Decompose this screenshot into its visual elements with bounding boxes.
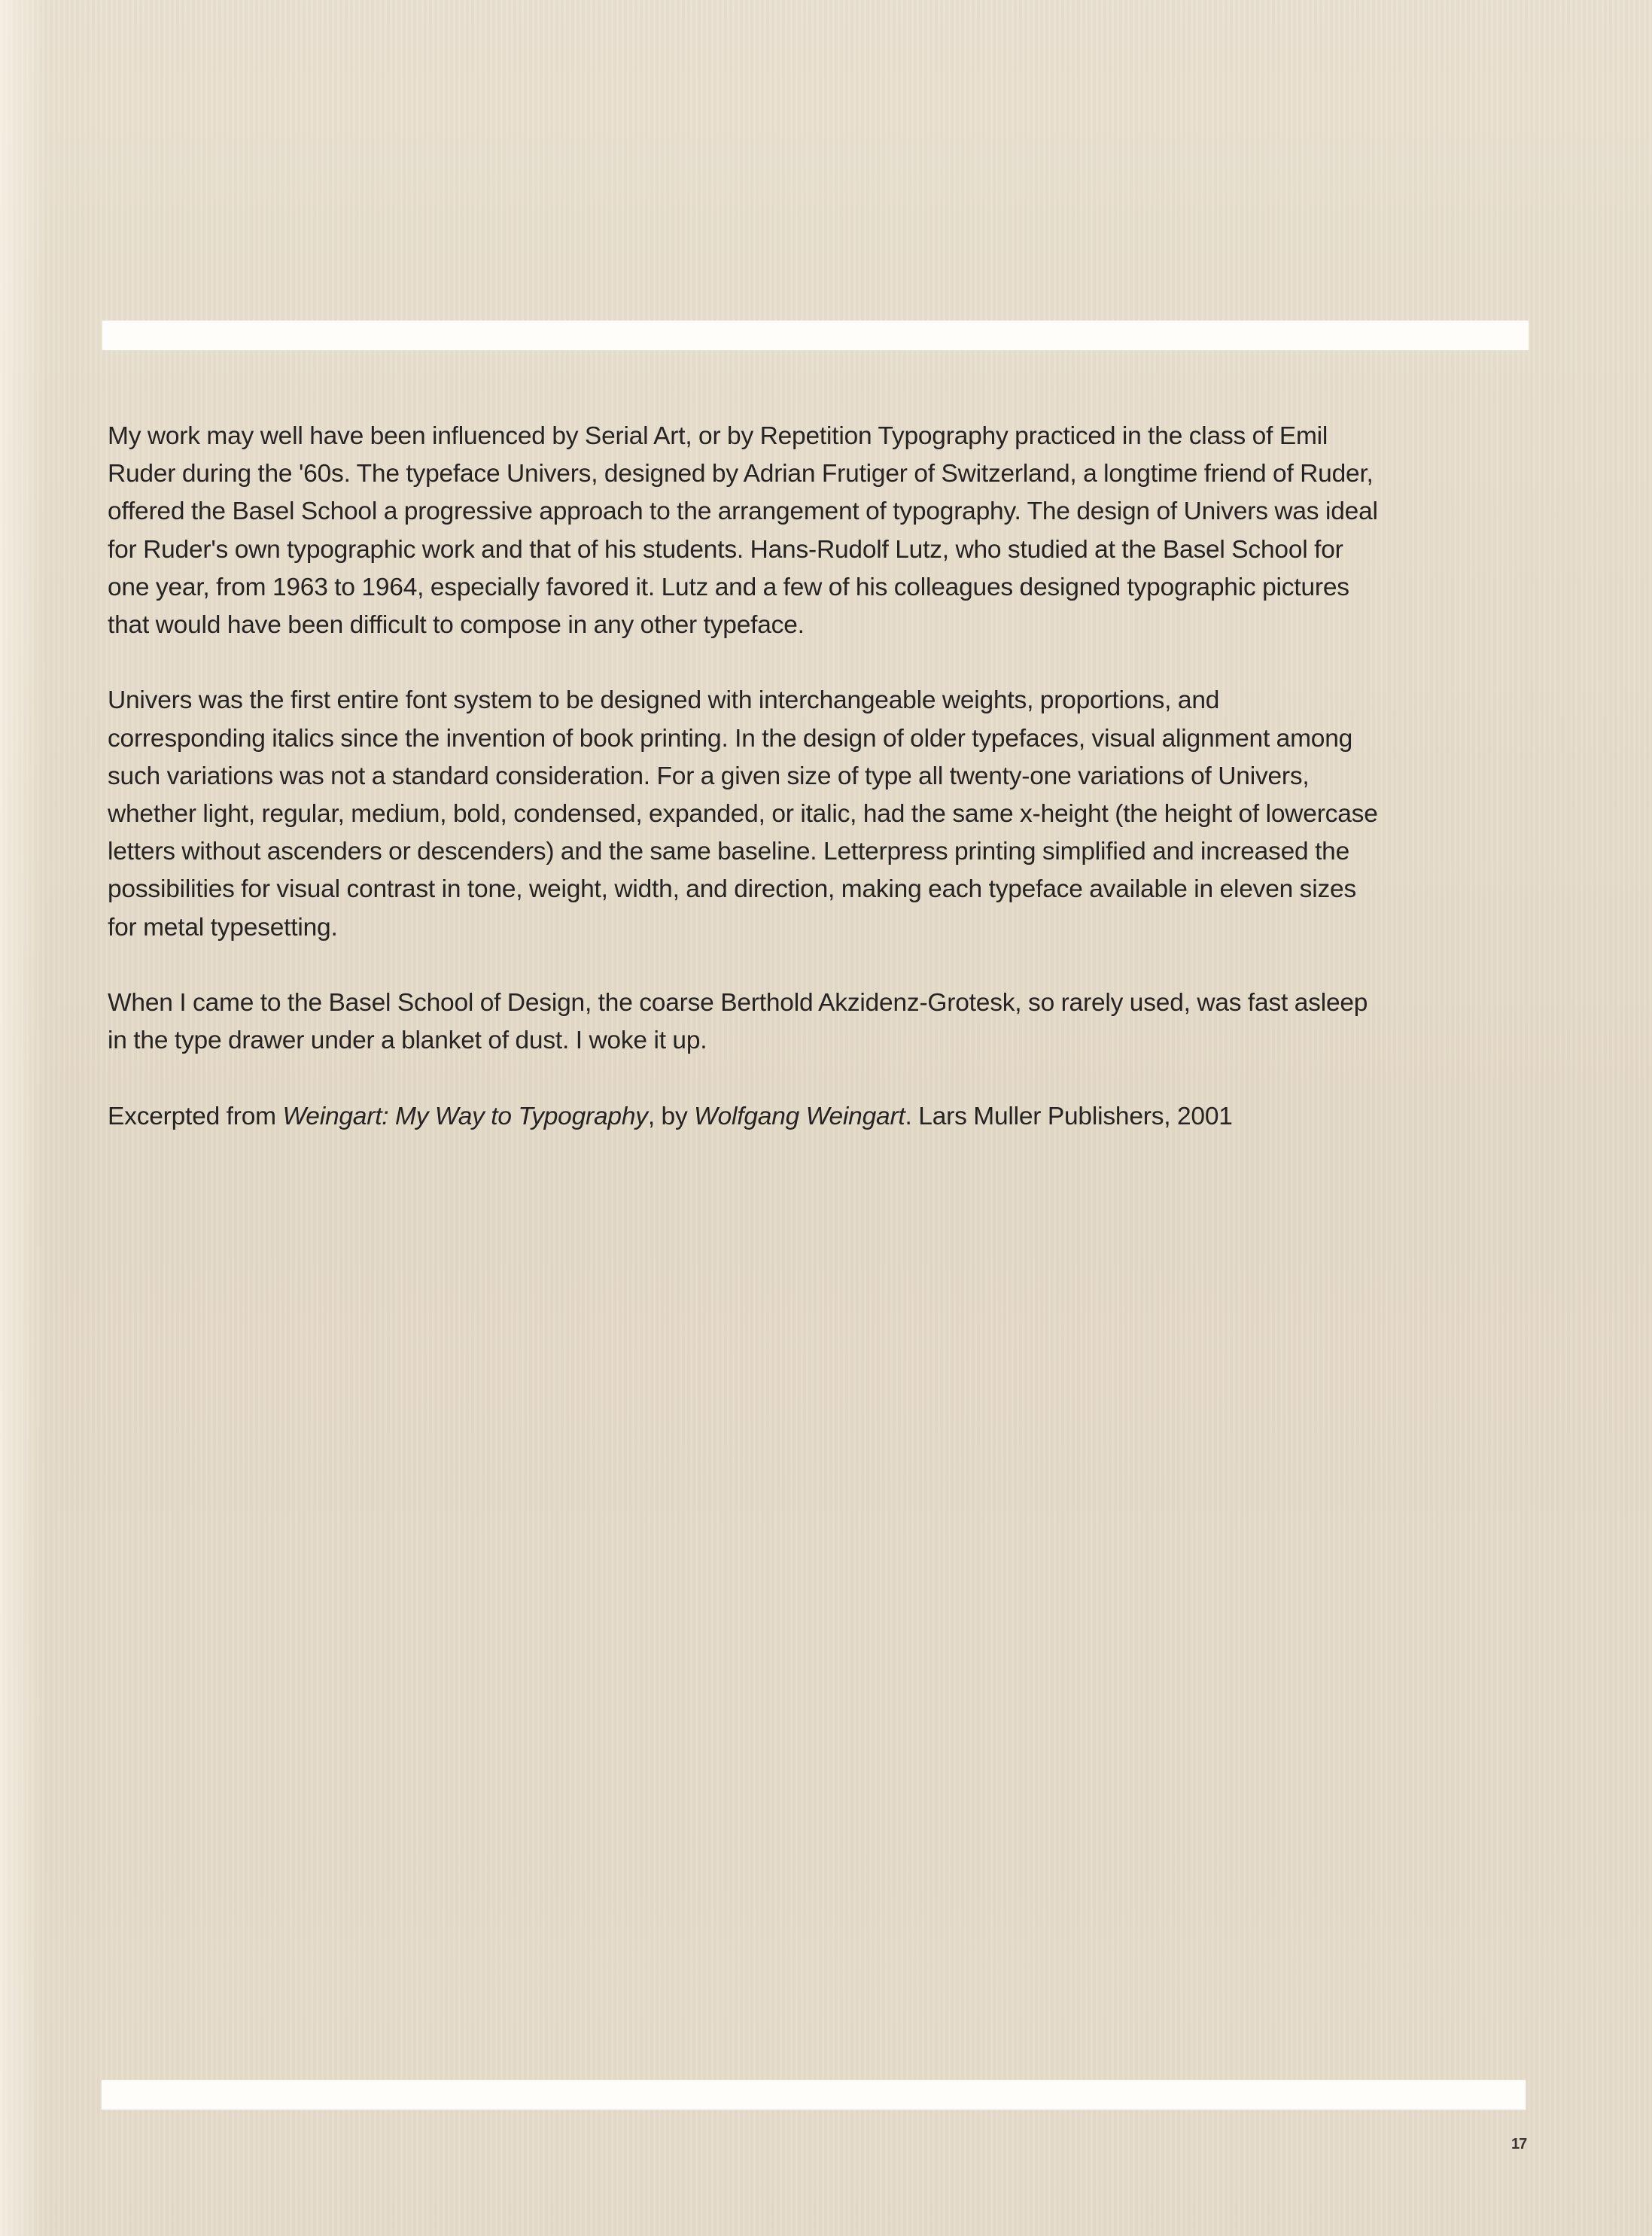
text-line: possibilities for visual contrast in ton… (108, 871, 1538, 908)
paragraph-2: Univers was the first entire font system… (108, 682, 1538, 946)
text-line: for Ruder's own typographic work and tha… (108, 531, 1538, 569)
text-line: for metal typesetting. (108, 909, 1538, 947)
text-line: one year, from 1963 to 1964, especially … (108, 569, 1538, 607)
citation-by: , by (648, 1103, 694, 1130)
top-rule (102, 321, 1529, 350)
bottom-rule (102, 2080, 1526, 2110)
book-title: Weingart: My Way to Typography (282, 1103, 647, 1130)
text-line: letters without ascenders or descenders)… (108, 833, 1538, 871)
text-line: such variations was not a standard consi… (108, 758, 1538, 796)
text-line: My work may well have been influenced by… (108, 418, 1538, 455)
text-line: that would have been difficult to compos… (108, 607, 1538, 644)
text-line: whether light, regular, medium, bold, co… (108, 796, 1538, 833)
paragraph-1: My work may well have been influenced by… (108, 418, 1538, 644)
text-line: corresponding italics since the inventio… (108, 720, 1538, 758)
body-text: My work may well have been influenced by… (108, 418, 1538, 1136)
publisher-info: . Lars Muller Publishers, 2001 (905, 1103, 1233, 1130)
paragraph-3: When I came to the Basel School of Desig… (108, 984, 1538, 1060)
text-line: Ruder during the '60s. The typeface Univ… (108, 455, 1538, 493)
citation-line: Excerpted from Weingart: My Way to Typog… (108, 1098, 1538, 1136)
citation-prefix: Excerpted from (108, 1103, 282, 1130)
citation: Excerpted from Weingart: My Way to Typog… (108, 1098, 1538, 1136)
page-number: 17 (1511, 2136, 1526, 2153)
text-line: in the type drawer under a blanket of du… (108, 1022, 1538, 1060)
text-line: offered the Basel School a progressive a… (108, 493, 1538, 531)
text-line: Univers was the first entire font system… (108, 682, 1538, 719)
text-line: When I came to the Basel School of Desig… (108, 984, 1538, 1022)
author-name: Wolfgang Weingart (694, 1103, 905, 1130)
